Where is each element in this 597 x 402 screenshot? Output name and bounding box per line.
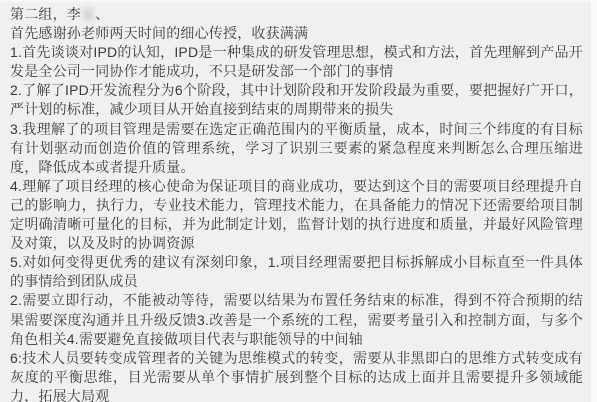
intro-line: 首先感谢孙老师两天时间的细心传授，收获满满	[10, 24, 583, 43]
group-title-line: 第二组，李某、	[10, 5, 583, 24]
group-title-suffix: 、	[95, 6, 109, 22]
right-edge-strip	[591, 0, 597, 402]
point-paragraph-6: 6:技术人员要转变成管理者的关键为思维模式的转变，需要从非黑即白的思维方式转变成…	[10, 349, 583, 402]
point-paragraph-3: 3.我理解了的项目管理是需要在选定正确范围内的平衡质量，成本，时间三个纬度的有目…	[10, 120, 583, 177]
group-title-prefix: 第二组，李	[10, 6, 81, 22]
point-paragraph-4: 4.理解了项目经理的核心使命为保证项目的商业成功，要达到这个目的需要项目经理提升…	[10, 177, 583, 253]
point-paragraph-5b: 2.需要立即行动，不能被动等待，需要以结果为布置任务结束的标准，得到不符合预期的…	[10, 291, 583, 348]
redacted-name: 某	[81, 6, 95, 25]
notes-text-page: 第二组，李某、 首先感谢孙老师两天时间的细心传授，收获满满 1.首先谈谈对IPD…	[0, 0, 597, 402]
point-paragraph-2: 2.了解了IPD开发流程分为6个阶段，其中计划阶段和开发阶段最为重要，要把握好广…	[10, 81, 583, 119]
point-paragraph-5: 5.对如何变得更优秀的建议有深刻印象，1.项目经理需要把目标拆解成小目标直至一件…	[10, 253, 583, 291]
top-edge-strip	[0, 0, 597, 2]
point-paragraph-1: 1.首先谈谈对IPD的认知，IPD是一种集成的研发管理思想，模式和方法，首先理解…	[10, 43, 583, 81]
